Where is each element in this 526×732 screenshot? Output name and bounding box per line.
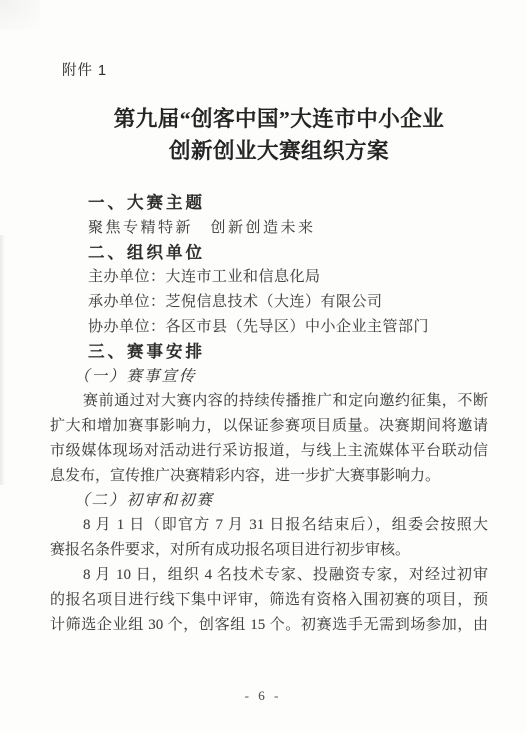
paragraph1-line2: 扩大和增加赛事影响力，以保证参赛项目质量。决赛期间将邀请 <box>50 414 488 439</box>
paragraph3-line2: 的报名项目进行线下集中评审，筛选有资格入围初赛的项目，预 <box>50 588 488 613</box>
paragraph1-line3: 市级媒体现场对活动进行采访报道，与线上主流媒体平台联动信 <box>50 439 488 464</box>
document-title: 第九届“创客中国”大连市中小企业 创新创业大赛组织方案 <box>60 103 498 167</box>
attachment-label: 附件 1 <box>62 59 107 80</box>
section-heading-1: 一、大赛主题 <box>50 191 488 216</box>
organizer-undertaker-line: 承办单位：芝倪信息技术（大连）有限公司 <box>50 290 488 315</box>
paragraph3-line3: 计筛选企业组 30 个，创客组 15 个。初赛选手无需到场参加，由 <box>50 613 488 638</box>
document-body: 一、大赛主题 聚焦专精特新 创新创造未来 二、组织单位 主办单位：大连市工业和信… <box>50 191 488 637</box>
paragraph1-line4: 息发布，宣传推广决赛精彩内容，进一步扩大赛事影响力。 <box>50 464 488 489</box>
contest-theme-text: 聚焦专精特新 创新创造未来 <box>50 216 488 241</box>
organizer-host-line: 主办单位：大连市工业和信息化局 <box>50 265 488 290</box>
subsection-heading-publicity: （一）赛事宣传 <box>50 365 488 390</box>
document-title-line1: 第九届“创客中国”大连市中小企业 <box>60 103 498 135</box>
paragraph2-line2: 赛报名条件要求，对所有成功报名项目进行初步审核。 <box>50 538 488 563</box>
organizer-coorganizer-line: 协办单位：各区市县（先导区）中小企业主管部门 <box>50 315 488 340</box>
page-number: - 6 - <box>0 688 526 704</box>
document-title-line2: 创新创业大赛组织方案 <box>60 135 498 167</box>
subsection-heading-preliminary: （二）初审和初赛 <box>50 489 488 514</box>
paragraph2-line1: 8 月 1 日（即官方 7 月 31 日报名结束后），组委会按照大 <box>50 513 488 538</box>
section-heading-2: 二、组织单位 <box>50 241 488 266</box>
paragraph1-line1: 赛前通过对大赛内容的持续传播推广和定向邀约征集，不断 <box>50 389 488 414</box>
document-page: 附件 1 第九届“创客中国”大连市中小企业 创新创业大赛组织方案 一、大赛主题 … <box>0 0 526 732</box>
section-heading-3: 三、赛事安排 <box>50 340 488 365</box>
paragraph3-line1: 8 月 10 日，组织 4 名技术专家、投融资专家，对经过初审 <box>50 563 488 588</box>
